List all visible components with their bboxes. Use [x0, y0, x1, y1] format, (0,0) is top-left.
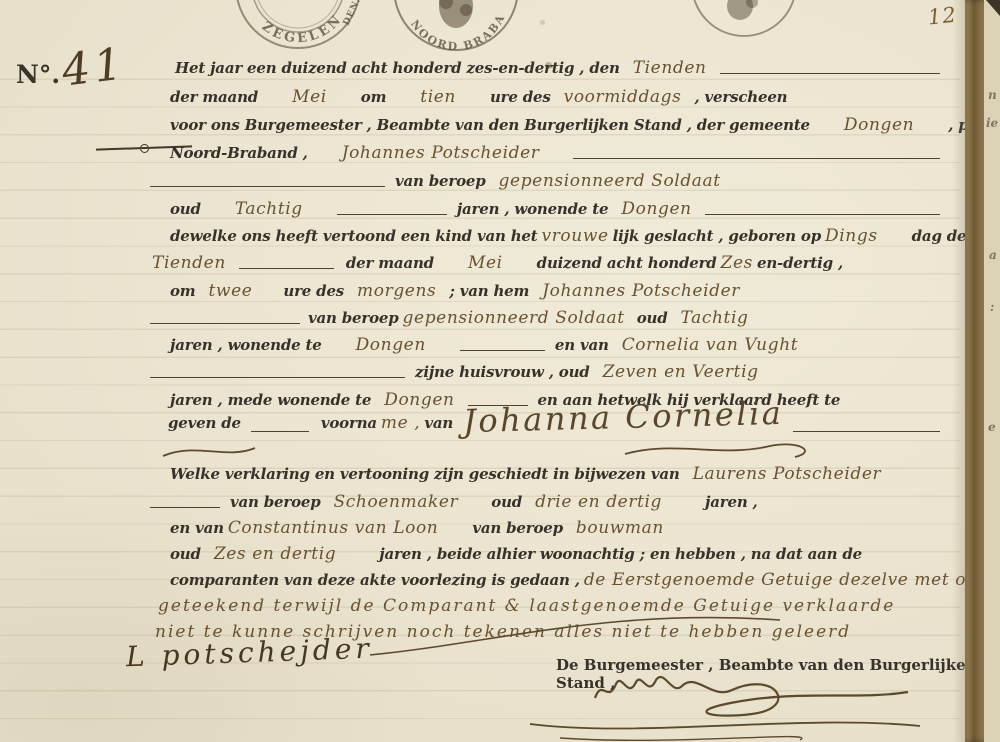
handwritten-text: Cornelia van Vught — [622, 335, 798, 355]
printed-text: dewelke ons heeft vertoond een kind van … — [170, 227, 538, 245]
printed-text: jaren , wonende te — [457, 200, 609, 218]
handwritten-text: Johannes Potscheider — [342, 143, 540, 163]
printed-text: voor ons Burgemeester , Beambte van den … — [170, 116, 810, 134]
printed-text: om — [361, 88, 386, 106]
printed-text: van — [424, 414, 453, 432]
act-line: comparanten van deze akte voorlezing is … — [170, 570, 940, 590]
printed-text: voorna — [321, 414, 377, 432]
signature-flourish — [360, 600, 920, 660]
handwritten-text: Zes en dertig — [214, 544, 336, 564]
zegelen-stamp: ZEGELEN DEN. — [232, 0, 372, 60]
handwritten-text: Dongen — [356, 335, 426, 355]
blank-rule — [150, 377, 405, 378]
birth-record-page: ZEGELEN DEN. NOORD BRABAND. 12 N°. 41 He… — [0, 0, 1000, 742]
printed-text: van beroep — [472, 519, 563, 537]
printed-text: , verscheen — [694, 88, 787, 106]
act-line: om twee ure des morgens ; van hem Johann… — [170, 281, 940, 301]
printed-text: van beroep — [308, 309, 399, 327]
printed-text: oud — [170, 200, 201, 218]
printed-text: van beroep — [395, 172, 486, 190]
divider-dot — [140, 144, 149, 153]
handwritten-text: Tienden — [152, 253, 226, 273]
handwritten-text: twee — [208, 281, 252, 301]
act-line: dewelke ons heeft vertoond een kind van … — [170, 226, 940, 246]
handwritten-text: Zes — [721, 253, 753, 273]
printed-text: geven de — [168, 414, 241, 432]
act-line: Welke verklaring en vertooning zijn gesc… — [170, 464, 940, 484]
act-line: Noord-Braband , Johannes Potscheider — [170, 143, 940, 163]
act-line: van beroep gepensionneerd Soldaat — [150, 171, 940, 191]
handwritten-text: Dongen — [621, 199, 691, 219]
edge-text-fragment: ie — [986, 116, 998, 130]
printed-text: comparanten van deze akte voorlezing is … — [170, 571, 580, 589]
zegelen-stamp-den-text: DEN. — [342, 0, 364, 27]
handwritten-text: de Eerstgenoemde Getuige dezelve met ons — [584, 570, 987, 590]
blank-rule — [239, 268, 334, 269]
handwritten-text: Zeven en Veertig — [603, 362, 759, 382]
blank-rule — [705, 214, 940, 215]
handwritten-text: me , — [381, 413, 420, 433]
act-line: geven de voorna me , van Johanna Corneli… — [168, 398, 940, 436]
printed-text: jaren , wonende te — [170, 336, 322, 354]
handwritten-text: Mei — [468, 253, 503, 273]
handwritten-text: gepensionneerd Soldaat — [499, 171, 721, 191]
printed-text: en van — [170, 519, 224, 537]
burgemeester-signature — [500, 668, 940, 742]
act-line: voor ons Burgemeester , Beambte van den … — [170, 115, 940, 135]
act-number-label: N°. — [16, 60, 60, 89]
blank-rule — [251, 431, 309, 432]
act-line: oud Tachtig jaren , wonende te Dongen — [170, 199, 940, 219]
handwritten-text: Johannes Potscheider — [542, 281, 740, 301]
printed-text: en-dertig , — [757, 254, 843, 272]
printed-text: om — [170, 282, 195, 300]
handwritten-text: Tachtig — [681, 308, 749, 328]
printed-text: ; van hem — [449, 282, 529, 300]
handwritten-text: Tienden — [633, 58, 707, 78]
printed-text: oud — [170, 545, 201, 563]
blank-rule — [793, 431, 940, 432]
noord-braband-stamp: NOORD BRABAND. — [386, 0, 526, 62]
act-line: Het jaar een duizend acht honderd zes-en… — [175, 58, 940, 78]
blank-rule — [573, 158, 940, 159]
printed-text: jaren , — [705, 493, 758, 511]
next-page-corner — [986, 0, 1000, 16]
act-line: jaren , wonende te Dongen en van Corneli… — [170, 335, 940, 355]
handwritten-text: gepensionneerd Soldaat — [403, 308, 625, 328]
next-page-sliver — [984, 0, 1000, 742]
handwritten-text: bouwman — [576, 518, 664, 538]
printed-text: Het jaar een duizend acht honderd zes-en… — [175, 59, 620, 77]
act-line: zijne huisvrouw , oud Zeven en Veertig — [150, 362, 940, 382]
small-seal-stamp — [692, 0, 802, 48]
handwritten-text: voormiddags — [564, 87, 682, 107]
handwritten-text: tien — [420, 87, 456, 107]
printed-text: duizend acht honderd — [537, 254, 717, 272]
blank-rule — [150, 186, 385, 187]
act-line: en van Constantinus van Loon van beroep … — [170, 518, 940, 538]
printed-text: oud — [637, 309, 668, 327]
printed-text: Noord-Braband , — [170, 144, 308, 162]
blank-rule — [337, 214, 447, 215]
act-line: Tienden der maand Mei duizend acht honde… — [152, 253, 940, 273]
handwritten-text: vrouwe — [542, 226, 609, 246]
blank-rule — [150, 507, 220, 508]
act-line: der maand Mei om tien ure des voormiddag… — [170, 87, 940, 107]
handwritten-text: Tachtig — [235, 199, 303, 219]
act-number-value: 41 — [59, 38, 129, 96]
printed-text: jaren , beide alhier woonachtig ; en heb… — [379, 545, 862, 563]
edge-text-fragment: : — [990, 300, 994, 314]
act-line: oud Zes en dertig jaren , beide alhier w… — [170, 544, 940, 564]
printed-text: oud — [491, 493, 522, 511]
edge-text-fragment: n — [988, 88, 997, 102]
printed-text: ure des — [283, 282, 344, 300]
page-edge — [965, 0, 985, 742]
flourish-stroke — [155, 438, 855, 464]
ink-spot — [540, 20, 545, 25]
printed-text: der maand — [346, 254, 434, 272]
blank-rule — [150, 323, 300, 324]
blank-rule — [460, 350, 545, 351]
act-line: van beroep gepensionneerd Soldaat oud Ta… — [150, 308, 940, 328]
handwritten-text: morgens — [357, 281, 436, 301]
handwritten-text: Schoenmaker — [334, 492, 459, 512]
handwritten-child-name: Johanna Cornelia — [463, 394, 784, 440]
act-line: van beroep Schoenmaker oud drie en derti… — [150, 492, 940, 512]
blank-rule — [720, 73, 940, 74]
handwritten-text: Constantinus van Loon — [228, 518, 439, 538]
printed-text: ure des — [490, 88, 551, 106]
handwritten-text: Laurens Potscheider — [693, 464, 882, 484]
edge-text-fragment: a — [989, 248, 997, 262]
printed-text: van beroep — [230, 493, 321, 511]
handwritten-text: Mei — [292, 87, 327, 107]
printed-text: der maand — [170, 88, 258, 106]
handwritten-text: drie en dertig — [535, 492, 662, 512]
printed-text: zijne huisvrouw , oud — [415, 363, 590, 381]
handwritten-text: Dings — [825, 226, 878, 246]
handwritten-text: Dongen — [844, 115, 914, 135]
printed-text: Welke verklaring en vertooning zijn gesc… — [170, 465, 680, 483]
printed-text: lijk geslacht , geboren op — [613, 227, 821, 245]
edge-text-fragment: e — [988, 420, 996, 434]
printed-text: en van — [555, 336, 609, 354]
